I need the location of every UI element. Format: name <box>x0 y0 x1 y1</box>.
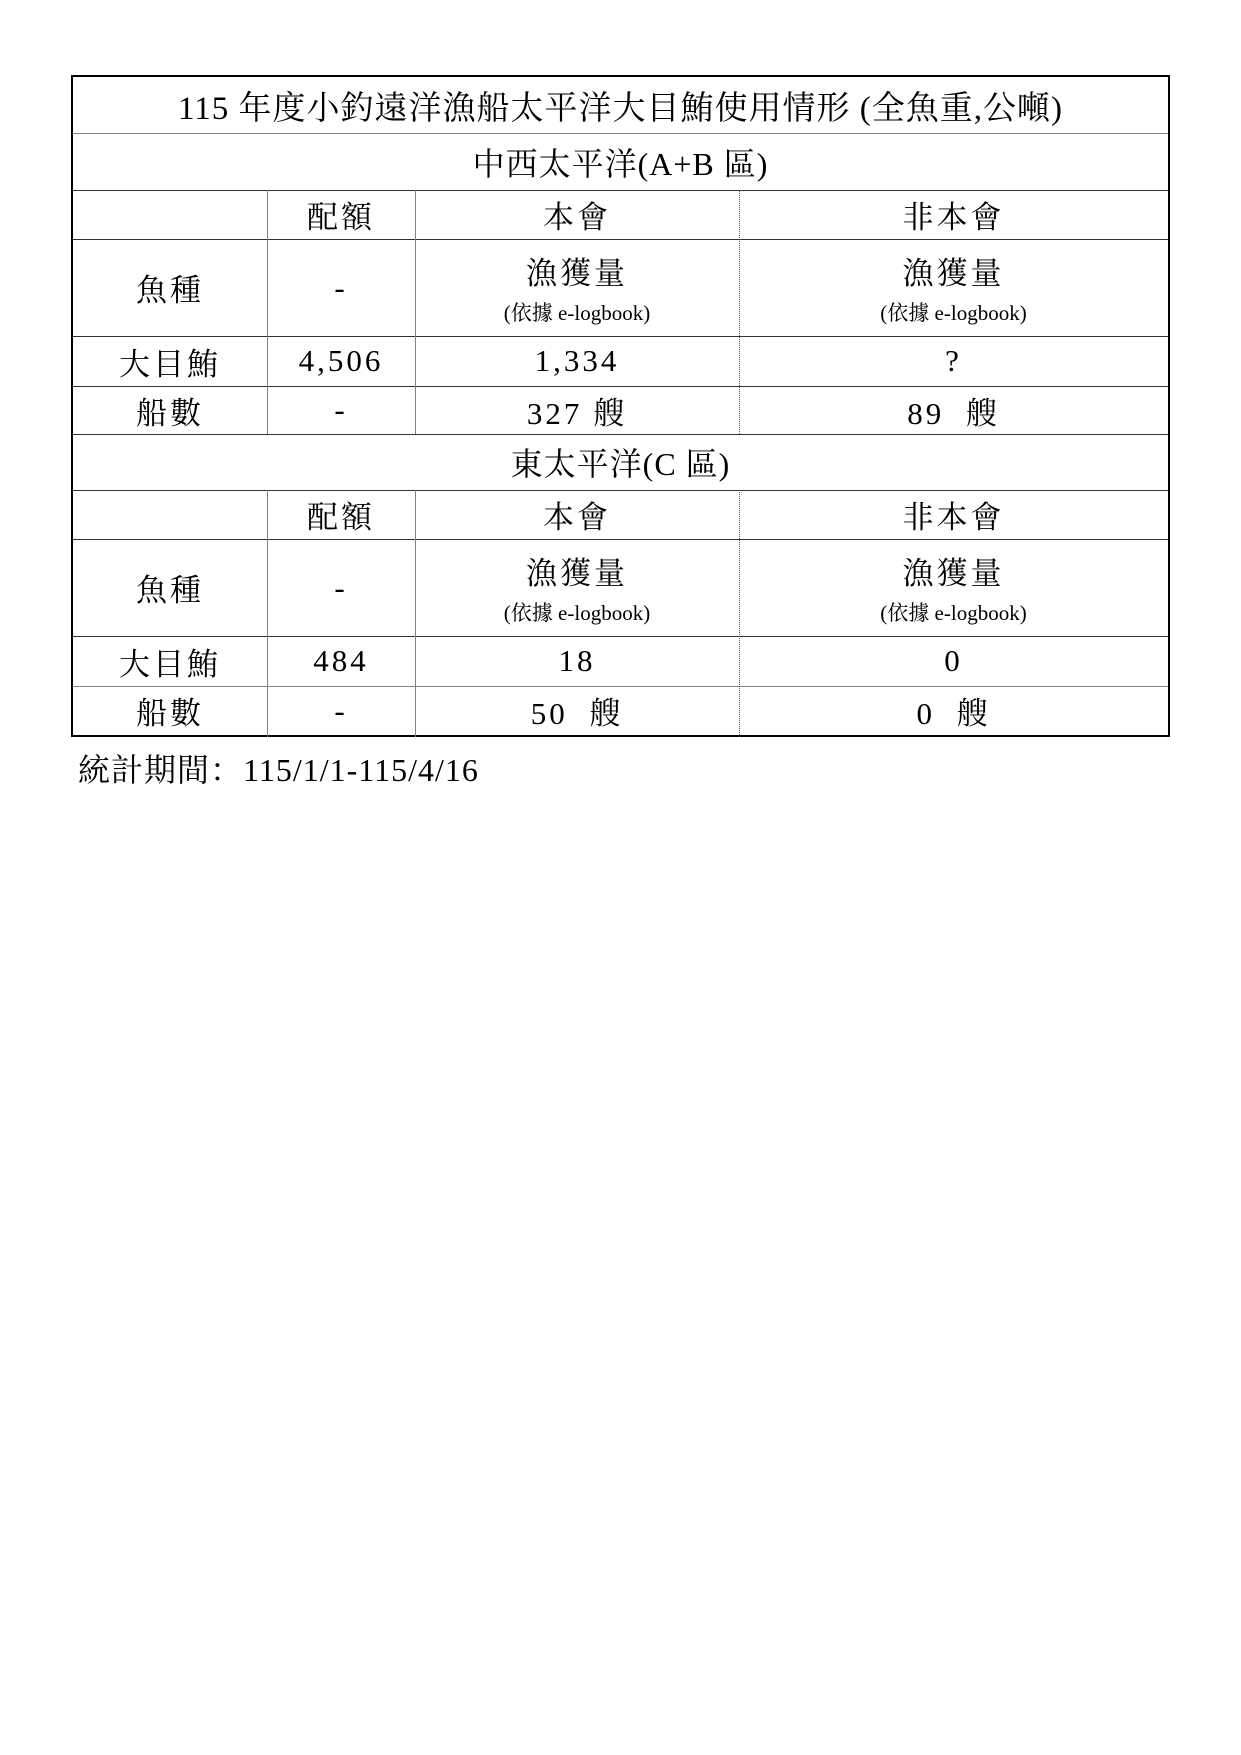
quota-vessels: - <box>267 386 415 434</box>
quota-fish-type: - <box>267 539 415 636</box>
section-title-wcpo: 中西太平洋(A+B 區) <box>73 133 1168 190</box>
header-blank <box>73 190 267 239</box>
label-vessels: 船數 <box>73 386 267 434</box>
label-fish-type: 魚種 <box>73 539 267 636</box>
quota-fish-type: - <box>267 239 415 336</box>
member-catch-header: 漁獲量 (依據 e-logbook) <box>415 539 739 636</box>
table-title: 115 年度小釣遠洋漁船太平洋大目鮪使用情形 (全魚重,公噸) <box>73 77 1168 133</box>
quota-bigeye: 4,506 <box>267 336 415 386</box>
non-member-bigeye: ? <box>739 336 1168 386</box>
non-member-vessels: 89 艘 <box>739 386 1168 434</box>
non-member-catch-header: 漁獲量 (依據 e-logbook) <box>739 539 1168 636</box>
member-bigeye: 18 <box>415 636 739 686</box>
member-bigeye: 1,334 <box>415 336 739 386</box>
header-blank <box>73 490 267 539</box>
usage-table: 115 年度小釣遠洋漁船太平洋大目鮪使用情形 (全魚重,公噸) 中西太平洋(A+… <box>71 75 1170 737</box>
non-member-catch-header: 漁獲量 (依據 e-logbook) <box>739 239 1168 336</box>
header-quota: 配額 <box>267 490 415 539</box>
label-vessels: 船數 <box>73 686 267 735</box>
label-bigeye: 大目鮪 <box>73 336 267 386</box>
header-member: 本會 <box>415 490 739 539</box>
member-vessels: 50 艘 <box>415 686 739 735</box>
non-member-vessels: 0 艘 <box>739 686 1168 735</box>
header-non-member: 非本會 <box>739 490 1168 539</box>
quota-bigeye: 484 <box>267 636 415 686</box>
catch-source-note: (依據 e-logbook) <box>504 297 650 327</box>
non-member-bigeye: 0 <box>739 636 1168 686</box>
catch-label: 漁獲量 <box>903 548 1005 593</box>
header-non-member: 非本會 <box>739 190 1168 239</box>
label-bigeye: 大目鮪 <box>73 636 267 686</box>
catch-label: 漁獲量 <box>903 248 1005 293</box>
member-vessels: 327 艘 <box>415 386 739 434</box>
section-title-epo: 東太平洋(C 區) <box>73 434 1168 490</box>
header-quota: 配額 <box>267 190 415 239</box>
catch-source-note: (依據 e-logbook) <box>880 297 1026 327</box>
catch-source-note: (依據 e-logbook) <box>880 597 1026 627</box>
catch-label: 漁獲量 <box>526 248 628 293</box>
catch-source-note: (依據 e-logbook) <box>504 597 650 627</box>
header-member: 本會 <box>415 190 739 239</box>
catch-label: 漁獲量 <box>526 548 628 593</box>
member-catch-header: 漁獲量 (依據 e-logbook) <box>415 239 739 336</box>
quota-vessels: - <box>267 686 415 735</box>
statistics-period: 統計期間：115/1/1-115/4/16 <box>78 745 479 791</box>
label-fish-type: 魚種 <box>73 239 267 336</box>
